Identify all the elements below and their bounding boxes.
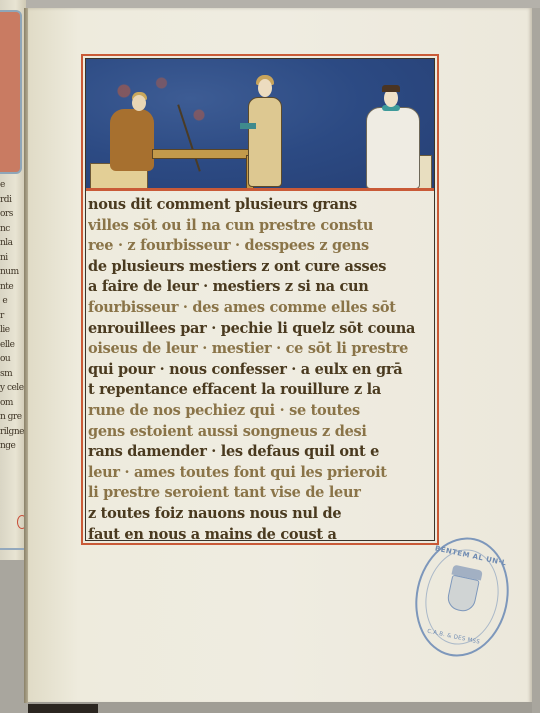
text-line: li prestre seroient tant vise de leur: [88, 483, 434, 504]
text-line: rans damender · les defaus quil ont e: [88, 442, 434, 463]
page-bottom-edge: [28, 702, 532, 713]
text-line: ree · z fourbisseur · desspees z gens: [88, 236, 434, 257]
seated-figure: [366, 107, 420, 189]
craftsman-head: [132, 95, 146, 111]
standing-figure-head: [258, 79, 272, 97]
text-line: fourbisseur · des ames comme elles sōt: [88, 298, 434, 319]
previous-page-text: e rdi ors nc nla ni num nte e r lie elle…: [0, 178, 26, 454]
text-line: t repentance effacent la rouillure z la: [88, 380, 434, 401]
miniature-illustration: [86, 59, 434, 191]
text-line: enrouillees par · pechie li quelz sōt co…: [88, 319, 434, 340]
binding-strip: [28, 704, 98, 713]
scan-background-top: [0, 0, 540, 8]
text-line: nous dit comment plusieurs grans: [88, 195, 434, 216]
text-line: gens estoient aussi songneus z desi: [88, 422, 434, 443]
text-line: rune de nos pechiez qui · se toutes: [88, 401, 434, 422]
previous-page-frame-bottom: [0, 540, 26, 550]
craftsman-figure: [110, 109, 154, 171]
standing-figure-sleeve: [240, 123, 256, 129]
text-line: de plusieurs mestiers z ont cure asses: [88, 257, 434, 278]
text-line: villes sōt ou il na cun prestre constu: [88, 216, 434, 237]
seated-figure-cap: [382, 85, 400, 92]
text-line: leur · ames toutes font qui les prieroit: [88, 463, 434, 484]
workbench-top: [152, 149, 260, 159]
standing-figure: [248, 97, 282, 187]
text-line: oiseus de leur · mestier · ce sōt li pre…: [88, 339, 434, 360]
text-line: z toutes foiz nauons nous nul de: [88, 504, 434, 525]
miniature-ground-line: [86, 188, 434, 191]
manuscript-text: nous dit comment plusieurs grans villes …: [88, 195, 434, 545]
previous-page-edge: e rdi ors nc nla ni num nte e r lie elle…: [0, 0, 26, 560]
text-line: a faire de leur · mestiers z si na cun: [88, 277, 434, 298]
text-line: faut en nous a mains de coust a: [88, 525, 434, 546]
text-line: qui pour · nous confesser · a eulx en gr…: [88, 360, 434, 381]
previous-page-miniature: [0, 10, 22, 174]
